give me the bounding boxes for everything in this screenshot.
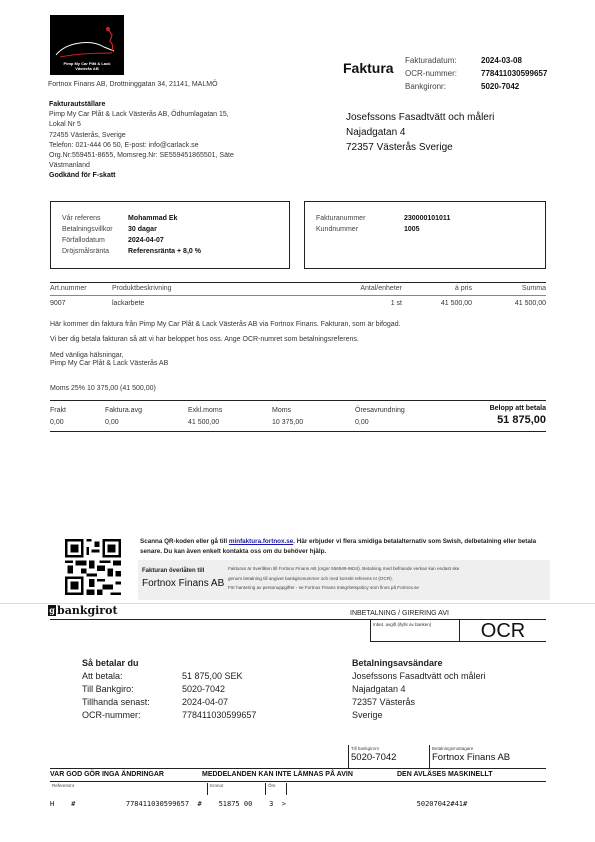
- recipient-address: Josefssons Fasadtvätt och måleri Najadga…: [346, 110, 494, 155]
- fine-print-line: Fakturan är överlåten till Fortnox Finan…: [228, 564, 546, 574]
- divider: [50, 781, 546, 782]
- avi-title: INBETALNING / GIRERING AVI: [350, 610, 449, 617]
- pay-bankgiro-label: Till Bankgiro:: [82, 683, 182, 696]
- how-to-pay: Så betalar du Att betala:51 875,00 SEK T…: [82, 657, 256, 722]
- payment-request: Vi ber dig betala fakturan så att vi har…: [50, 335, 359, 344]
- divider: [50, 282, 546, 283]
- receiver-box: Till bankgironr 5020-7042 Betalningsmott…: [348, 745, 546, 768]
- receiver-value: Fortnox Finans AB: [432, 752, 544, 763]
- freight-label: Frakt: [50, 405, 105, 417]
- items-header: Art.nummer Produktbeskrivning Antal/enhe…: [50, 285, 546, 292]
- bankgirot-g-icon: g: [48, 605, 56, 616]
- item-qty: 1 st: [282, 300, 402, 307]
- pay-amount-label: Att betala:: [82, 670, 182, 683]
- our-reference-value: Mohammad Ek: [128, 213, 177, 224]
- kronor-label: Kronor: [207, 783, 265, 795]
- payer-info: Betalningsavsändare Josefssons Fasadtvät…: [352, 657, 486, 722]
- vat-value: 10 375,00: [272, 417, 355, 429]
- our-reference-label: Vår referens: [62, 213, 128, 224]
- machine-read-warnings: VAR GOD GÖR INGA ÄNDRINGAR MEDDELANDEN K…: [50, 771, 546, 778]
- rounding-label: Öresavrundning: [355, 405, 455, 417]
- ocr-label-big: OCR: [460, 620, 546, 641]
- invoice-fee-label: Faktura.avg: [105, 405, 188, 417]
- document-title: Faktura: [343, 60, 394, 76]
- assigned-to-name: Fortnox Finans AB: [142, 578, 224, 589]
- assignment-box: Fakturan överlåten till Fortnox Finans A…: [138, 560, 550, 600]
- late-interest-value: Referensränta + 8,0 %: [128, 246, 201, 257]
- payer-line: Sverige: [352, 709, 486, 722]
- ftax-approval: Godkänd för F-skatt: [49, 171, 314, 181]
- signature: Pimp My Car Plåt & Lack Västerås AB: [50, 359, 168, 368]
- intro-message: Här kommer din faktura från Pimp My Car …: [50, 320, 401, 329]
- header-meta: Fakturadatum:2024-03-08 OCR-nummer:77841…: [405, 54, 547, 93]
- bankgirot-brand: bankgirot: [57, 604, 118, 617]
- col-art-number: Art.nummer: [50, 285, 112, 292]
- col-description: Produktbeskrivning: [112, 285, 282, 292]
- vat-label: Moms: [272, 405, 355, 417]
- recipient-city: 72357 Västerås Sverige: [346, 140, 494, 155]
- fine-print-line: genom betalning till angivet bankgironum…: [228, 574, 546, 584]
- recipient-name: Josefssons Fasadtvätt och måleri: [346, 110, 494, 125]
- due-date-label: Förfallodatum: [62, 235, 128, 246]
- bankgiro-value: 5020-7042: [481, 80, 519, 93]
- ocr-box: Inbet. avgift (ifylls av banken) OCR: [370, 620, 546, 642]
- pay-bankgiro-value: 5020-7042: [182, 683, 225, 696]
- divider: [50, 295, 546, 296]
- rounding-value: 0,00: [355, 417, 455, 429]
- terms-box: Vår referensMohammad Ek Betalningsvillko…: [50, 201, 290, 269]
- invoice-number-label: Fakturanummer: [316, 213, 404, 224]
- item-price: 41 500,00: [402, 300, 472, 307]
- assigned-to-label: Fakturan överlåten till: [142, 568, 224, 574]
- invoice-date-label: Fakturadatum:: [405, 54, 481, 67]
- item-art: 9007: [50, 300, 112, 307]
- totals-row: Frakt0,00 Faktura.avg0,00 Exkl.moms41 50…: [50, 405, 546, 429]
- qr-code-icon: [65, 539, 121, 595]
- col-quantity: Antal/enheter: [282, 285, 402, 292]
- issuer-line: Pimp My Car Plåt & Lack Västerås AB, Ödh…: [49, 110, 314, 120]
- payer-heading: Betalningsavsändare: [352, 657, 486, 670]
- fine-print-line: För hantering av personuppgifter - se Fo…: [228, 583, 546, 593]
- invoice-fee-value: 0,00: [105, 417, 188, 429]
- receiver-label: Betalningsmottagare: [432, 746, 544, 751]
- ocr-label: OCR-nummer:: [405, 67, 481, 80]
- sender-address: Fortnox Finans AB, Drottninggatan 34, 21…: [48, 81, 218, 88]
- fee-label: Inbet. avgift (ifylls av banken): [371, 620, 460, 641]
- pay-deadline-label: Tillhanda senast:: [82, 696, 182, 709]
- minfaktura-link[interactable]: minfaktura.fortnox.se: [229, 538, 293, 545]
- ref-number-label: Referensnr: [50, 783, 206, 795]
- qr-text-before: Scanna QR-koden eller gå till: [140, 538, 229, 545]
- invoice-number-value: 230000101011: [404, 213, 450, 224]
- issuer-heading: Fakturautställare: [49, 100, 314, 110]
- payer-line: Najadgatan 4: [352, 683, 486, 696]
- warning-no-changes: VAR GOD GÖR INGA ÄNDRINGAR: [50, 771, 202, 778]
- issuer-line: Org.Nr:559451-8655, Momsreg.Nr: SE559451…: [49, 151, 314, 161]
- bankgirot-logo: gbankgirot: [48, 604, 118, 617]
- pay-deadline-value: 2024-04-07: [182, 696, 228, 709]
- issuer-line: 72455 Västerås, Sverige: [49, 131, 314, 141]
- excl-vat-value: 41 500,00: [188, 417, 272, 429]
- how-to-pay-heading: Så betalar du: [82, 657, 256, 670]
- item-sum: 41 500,00: [472, 300, 546, 307]
- issuer-line: Västmanland: [49, 161, 314, 171]
- payment-terms-label: Betalningsvillkor: [62, 224, 128, 235]
- recipient-street: Najadgatan 4: [346, 125, 494, 140]
- ocr-value: 778411030599657: [481, 67, 547, 80]
- payer-line: 72357 Västerås: [352, 696, 486, 709]
- divider: [50, 768, 546, 769]
- company-logo: Pimp My Car Plåt & Lack Västerås AB: [50, 15, 124, 75]
- payer-line: Josefssons Fasadtvätt och måleri: [352, 670, 486, 683]
- logo-line-2: Västerås AB: [50, 66, 124, 71]
- reference-fields: Referensnr Kronor Öre: [50, 783, 546, 795]
- col-sum: Summa: [472, 285, 546, 292]
- ore-label: Öre: [265, 783, 287, 795]
- divider: [50, 431, 546, 432]
- to-bankgiro-value: 5020-7042: [351, 752, 427, 763]
- warning-machine-read: DEN AVLÄSES MASKINELLT: [397, 771, 493, 778]
- warning-no-messages: MEDDELANDEN KAN INTE LÄMNAS PÅ AVIN: [202, 771, 397, 778]
- amount-due-value: 51 875,00: [455, 414, 546, 426]
- divider: [50, 400, 546, 401]
- customer-number-value: 1005: [404, 224, 420, 235]
- issuer-line: Lokal Nr 5: [49, 120, 314, 130]
- to-bankgiro-label: Till bankgironr: [351, 746, 427, 751]
- invoice-date-value: 2024-03-08: [481, 54, 522, 67]
- freight-value: 0,00: [50, 417, 105, 429]
- amount-due-label: Belopp att betala: [455, 405, 546, 412]
- payment-terms-value: 30 dagar: [128, 224, 157, 235]
- assignment-fine-print: Fakturan är överlåten till Fortnox Finan…: [228, 564, 546, 593]
- pay-ocr-value: 778411030599657: [182, 709, 256, 722]
- due-date-value: 2024-04-07: [128, 235, 164, 246]
- vat-summary: Moms 25% 10 375,00 (41 500,00): [50, 384, 156, 393]
- col-unit-price: á pris: [402, 285, 472, 292]
- table-row: 9007 lackarbete 1 st 41 500,00 41 500,00: [50, 300, 546, 307]
- issuer-line: Telefon: 021-444 06 50, E-post: info@car…: [49, 141, 314, 151]
- ocr-machine-line: H # 778411030599657 # 51875 00 3 > 50207…: [50, 800, 546, 808]
- pay-ocr-label: OCR-nummer:: [82, 709, 182, 722]
- qr-instructions: Scanna QR-koden eller gå till minfaktura…: [140, 537, 550, 557]
- customer-number-label: Kundnummer: [316, 224, 404, 235]
- pay-amount-value: 51 875,00 SEK: [182, 670, 243, 683]
- item-desc: lackarbete: [112, 300, 282, 307]
- issuer-info: Fakturautställare Pimp My Car Plåt & Lac…: [49, 100, 314, 182]
- bankgiro-label: Bankgironr:: [405, 80, 481, 93]
- late-interest-label: Dröjsmålsränta: [62, 246, 128, 257]
- excl-vat-label: Exkl.moms: [188, 405, 272, 417]
- invoice-number-box: Fakturanummer230000101011 Kundnummer1005: [304, 201, 546, 269]
